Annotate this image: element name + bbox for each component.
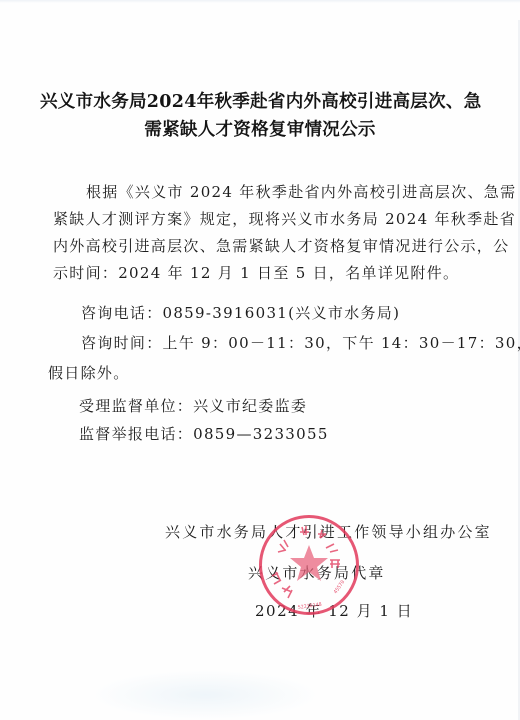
document-page: 兴义市水务局2024年秋季赴省内外高校引进高层次、急 需紧缺人才资格复审情况公示… bbox=[0, 0, 520, 720]
body-paragraph-line: 内外高校引进高层次、急需紧缺人才资格复审情况进行公示，公 bbox=[53, 235, 509, 256]
consult-phone: 咨询电话：0859-3916031(兴义市水务局) bbox=[81, 302, 400, 323]
report-phone: 监督举报电话：0859—3233055 bbox=[79, 423, 329, 444]
body-paragraph-line: 紧缺人才测评方案》规定，现将兴义市水务局 2024 年秋季赴省 bbox=[53, 208, 516, 229]
signature-office: 兴义市水务局人才引进工作领导小组办公室 bbox=[165, 521, 492, 542]
document-title-line-1: 兴义市水务局2024年秋季赴省内外高校引进高层次、急 bbox=[40, 88, 480, 113]
supervisor-unit: 受理监督单位：兴义市纪委监委 bbox=[79, 395, 307, 416]
consult-hours-line: 假日除外。 bbox=[48, 362, 130, 383]
scan-edge bbox=[0, 0, 520, 3]
body-paragraph-line: 示时间：2024 年 12 月 1 日至 5 日，名单详见附件。 bbox=[53, 262, 459, 283]
scan-artifact bbox=[90, 670, 320, 720]
body-paragraph-line: 根据《兴义市 2024 年秋季赴省内外高校引进高层次、急需 bbox=[86, 181, 516, 202]
signature-date: 2024 年 12 月 1 日 bbox=[255, 600, 413, 621]
signature-seal-note: 兴义市水务局代章 bbox=[248, 562, 386, 583]
consult-hours-line: 咨询时间：上午 9：00－11：30，下午 14：30－17：30，节 bbox=[81, 332, 520, 353]
document-title-line-2: 需紧缺人才资格复审情况公示 bbox=[40, 116, 480, 141]
